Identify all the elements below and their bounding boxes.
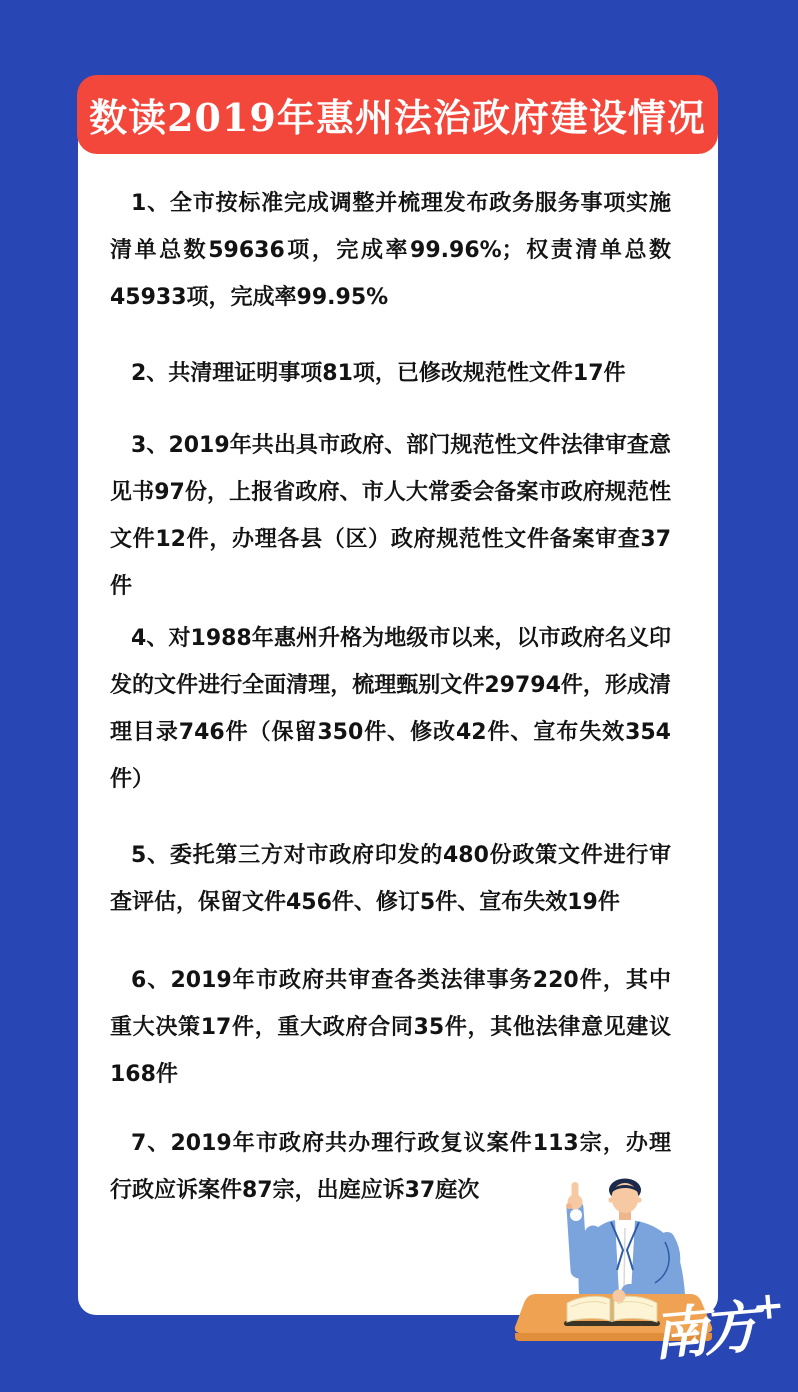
stats-item-2: 2、共清理证明事项81项，已修改规范性文件17件 [110,350,671,397]
stats-list: 1、全市按标准完成调整并梳理发布政务服务事项实施清单总数59636项，完成率99… [110,180,671,1214]
stats-item-4: 4、对1988年惠州升格为地级市以来，以市政府名义印发的文件进行全面清理，梳理甄… [110,615,671,803]
stats-item-5: 5、委托第三方对市政府印发的480份政策文件进行审查评估，保留文件456件、修订… [110,832,671,926]
resting-hand-icon [613,1290,626,1303]
stats-item-6: 6、2019年市政府共审查各类法律事务220件，其中重大决策17件，重大政府合同… [110,957,671,1098]
logo-text: 南方 [650,1294,755,1368]
stats-item-3: 3、2019年共出具市政府、部门规范性文件法律审查意见书97份，上报省政府、市人… [110,422,671,610]
nanfang-plus-logo: 南方+ [649,1280,789,1371]
title-banner: 数读2019年惠州法治政府建设情况 [77,75,718,154]
stats-item-1: 1、全市按标准完成调整并梳理发布政务服务事项实施清单总数59636项，完成率99… [110,180,671,321]
open-book-icon [564,1296,660,1326]
pointing-hand-icon [566,1182,583,1210]
page-title: 数读2019年惠州法治政府建设情况 [89,87,706,142]
logo-plus-icon: + [750,1281,786,1329]
presenter-figure [566,1179,685,1295]
